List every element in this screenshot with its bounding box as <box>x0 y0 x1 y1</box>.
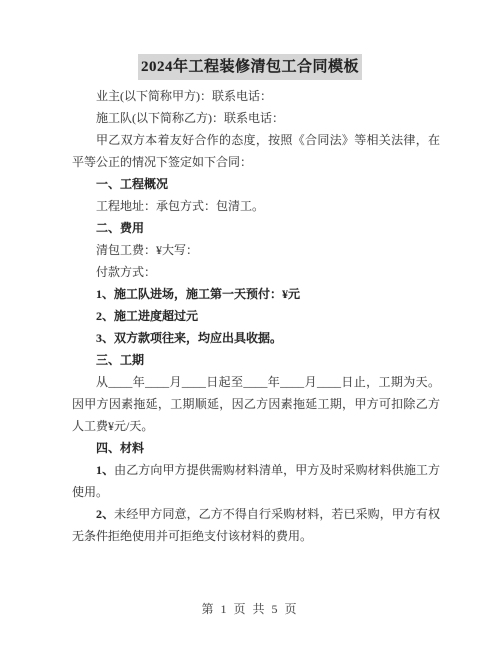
heading-section-3: 三、工期 <box>72 349 440 371</box>
paragraph-text: 业主(以下简称甲方)：联系电话： <box>96 89 272 103</box>
heading-text: 三、工期 <box>96 353 144 367</box>
heading-text: 一、工程概况 <box>96 177 168 191</box>
paragraph-text: 2、施工进度超过元 <box>96 309 198 323</box>
heading-section-4: 四、材料 <box>72 437 440 459</box>
paragraph-text: 甲乙双方本着友好合作的态度，按照《合同法》等相关法律，在平等公正的情况下签定如下… <box>72 133 440 169</box>
paragraph-text: 付款方式： <box>96 265 156 279</box>
list-item-payment-1: 1、施工队进场，施工第一天预付：¥元 <box>72 283 440 305</box>
title-row: 2024年工程装修清包工合同模板 <box>0 0 500 80</box>
contract-body: 业主(以下简称甲方)：联系电话： 施工队(以下简称乙方)：联系电话： 甲乙双方本… <box>0 85 500 547</box>
paragraph-text: 1、施工队进场，施工第一天预付：¥元 <box>96 287 300 301</box>
paragraph-text: 3、双方款项往来，均应出具收据。 <box>96 331 282 345</box>
paragraph-preamble: 甲乙双方本着友好合作的态度，按照《合同法》等相关法律，在平等公正的情况下签定如下… <box>72 129 440 173</box>
paragraph-project-address: 工程地址：承包方式：包清工。 <box>72 195 440 217</box>
list-item-payment-2: 2、施工进度超过元 <box>72 305 440 327</box>
paragraph-text: 从____年____月____日起至____年____月____日止，工期为天。… <box>72 375 440 433</box>
list-item-number: 2、 <box>96 507 114 521</box>
paragraph-text: 未经甲方同意，乙方不得自行采购材料，若已采购，甲方有权无条件拒绝使用并可拒绝支付… <box>72 507 440 543</box>
heading-section-1: 一、工程概况 <box>72 173 440 195</box>
paragraph-payment-method: 付款方式： <box>72 261 440 283</box>
heading-section-2: 二、费用 <box>72 217 440 239</box>
paragraph-text: 清包工费：¥大写： <box>96 243 198 257</box>
paragraph-contractor-line: 施工队(以下简称乙方)：联系电话： <box>72 107 440 129</box>
list-item-number: 1、 <box>96 463 114 477</box>
page-number-text: 第 1 页 共 5 页 <box>201 602 298 616</box>
page-title: 2024年工程装修清包工合同模板 <box>138 54 362 80</box>
paragraph-duration: 从____年____月____日起至____年____月____日止，工期为天。… <box>72 371 440 437</box>
heading-text: 二、费用 <box>96 221 144 235</box>
heading-text: 四、材料 <box>96 441 144 455</box>
paragraph-owner-line: 业主(以下简称甲方)：联系电话： <box>72 85 440 107</box>
list-item-material-2: 2、未经甲方同意，乙方不得自行采购材料，若已采购，甲方有权无条件拒绝使用并可拒绝… <box>72 503 440 547</box>
paragraph-labor-fee: 清包工费：¥大写： <box>72 239 440 261</box>
paragraph-text: 施工队(以下简称乙方)：联系电话： <box>96 111 284 125</box>
list-item-payment-3: 3、双方款项往来，均应出具收据。 <box>72 327 440 349</box>
list-item-material-1: 1、由乙方向甲方提供需购材料清单，甲方及时采购材料供施工方使用。 <box>72 459 440 503</box>
document-page: 2024年工程装修清包工合同模板 业主(以下简称甲方)：联系电话： 施工队(以下… <box>0 0 500 647</box>
paragraph-text: 工程地址：承包方式：包清工。 <box>96 199 264 213</box>
paragraph-text: 由乙方向甲方提供需购材料清单，甲方及时采购材料供施工方使用。 <box>72 463 440 499</box>
page-number-footer: 第 1 页 共 5 页 <box>0 600 500 617</box>
